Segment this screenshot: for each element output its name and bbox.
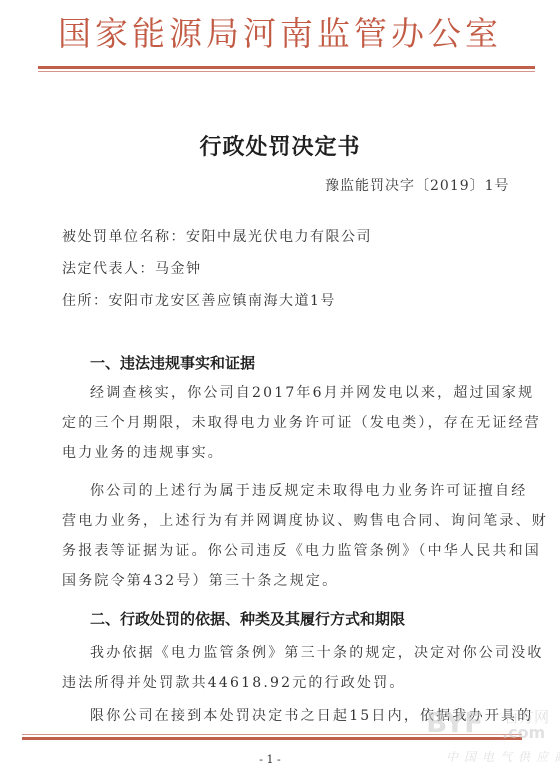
penalized-unit-field: 被处罚单位名称：安阳中晟光伏电力有限公司 <box>62 226 372 246</box>
section1-para2-line: 你公司的上述行为属于违反规定未取得电力业务许可证擅自经 <box>90 480 527 500</box>
legal-rep-field: 法定代表人：马金钟 <box>62 258 202 278</box>
section2-para1-line: 我办依据《电力监管条例》第三十条的规定，决定对你公司没收 <box>90 642 544 662</box>
section2-heading: 二、行政处罚的依据、种类及其履行方式和期限 <box>90 608 405 629</box>
penalized-unit-value: 安阳中晟光伏电力有限公司 <box>186 229 372 245</box>
document-number: 豫监能罚决字〔2019〕1号 <box>325 175 510 195</box>
legal-rep-value: 马金钟 <box>155 261 202 277</box>
letterhead-rule-thick <box>38 66 535 69</box>
address-field: 住所：安阳市龙安区善应镇南海大道1号 <box>62 290 336 310</box>
penalized-unit-label: 被处罚单位名称： <box>62 229 186 245</box>
section1-para2-line: 国务院令第432号）第三十条之规定。 <box>62 570 338 590</box>
address-value: 安阳市龙安区善应镇南海大道1号 <box>109 293 336 309</box>
section1-heading: 一、违法违规事实和证据 <box>90 352 255 373</box>
section1-para1-line: 定的三个月期限，未取得电力业务许可证（发电类），存在无证经营 <box>62 412 541 432</box>
section1-para2-line: 务报表等证据为证。你公司违反《电力监管条例》（中华人民共和国 <box>62 540 541 560</box>
watermark-tagline: 中国电气供应商 <box>446 748 560 765</box>
watermark-domain: .com <box>502 723 545 742</box>
section1-para2-line: 营电力业务，上述行为有并网调度协议、购售电合同、询问笔录、财 <box>62 510 548 530</box>
watermark-logo: BYF 百方网 .com 中国电气供应商 <box>426 706 556 768</box>
watermark-brand-mark: BYF <box>426 706 482 739</box>
section2-para1-line: 违法所得并处罚款共44618.92元的行政处罚。 <box>62 672 406 692</box>
letterhead-rule-thin <box>38 71 535 72</box>
legal-rep-label: 法定代表人： <box>62 261 155 277</box>
letterhead-organization: 国家能源局河南监管办公室 <box>0 8 560 55</box>
document-title: 行政处罚决定书 <box>0 130 560 161</box>
section1-para1-line: 电力业务的违规事实。 <box>62 442 224 462</box>
address-label: 住所： <box>62 293 109 309</box>
section1-para1-line: 经调查核实，你公司自2017年6月并网发电以来，超过国家规 <box>90 382 534 402</box>
